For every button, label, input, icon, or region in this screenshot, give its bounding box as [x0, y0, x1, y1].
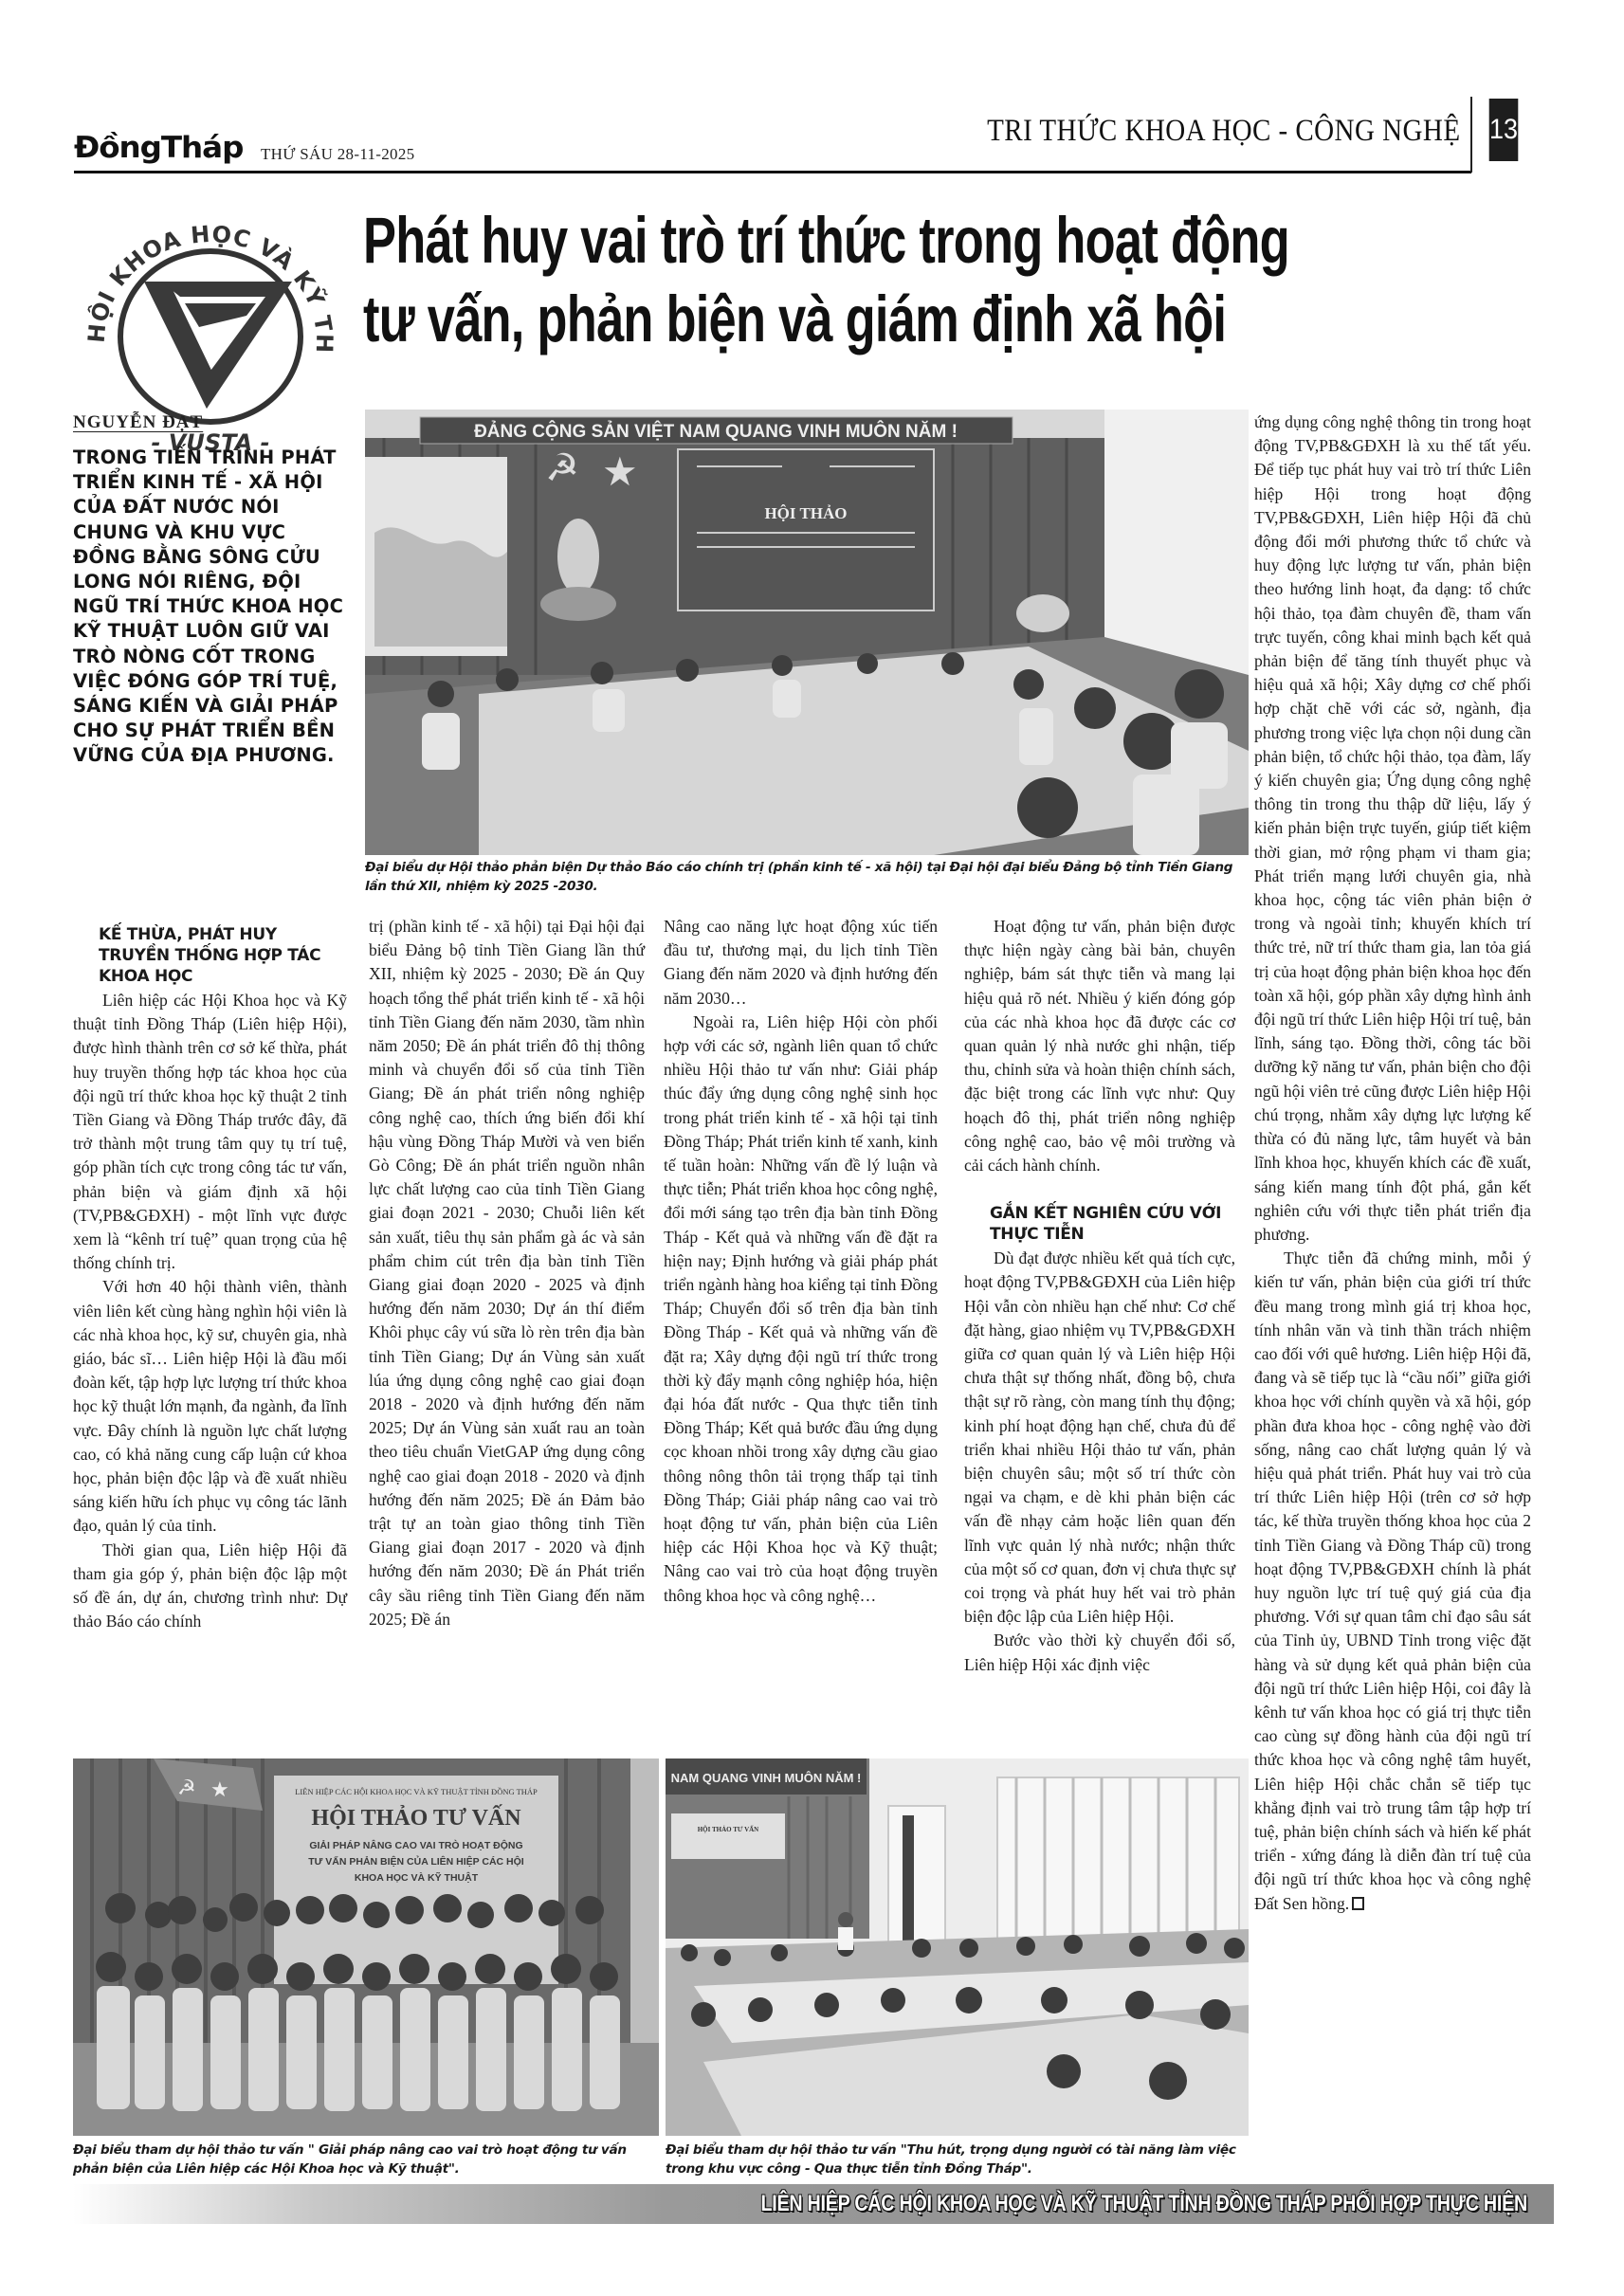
paragraph: Ngoài ra, Liên hiệp Hội còn phối hợp với… [664, 1011, 938, 1608]
article-title: Phát huy vai trò trí thức trong hoạt độn… [363, 201, 1264, 358]
article-lede: Trong tiến trình phát triển kinh tế - xã… [73, 446, 348, 769]
conference-hall-image: ĐẢNG CỘNG SẢN VIỆT NAM QUANG VINH MUÔN N… [365, 410, 1249, 855]
svg-text:★: ★ [602, 448, 638, 495]
svg-text:LIÊN HIỆP CÁC HỘI KHOA HỌC VÀ: LIÊN HIỆP CÁC HỘI KHOA HỌC VÀ KỸ THUẬT T… [295, 1787, 538, 1796]
seminar-photo-caption: Đại biểu tham dự hội thảo tư vấn "Thu hú… [666, 2141, 1249, 2178]
title-line-2: tư vấn, phản biện và giám định xã hội [363, 280, 1264, 358]
header-divider [1470, 97, 1472, 173]
svg-text:★: ★ [210, 1778, 229, 1802]
article-column-1: KẾ THỪA, PHÁT HUY TRUYỀN THỐNG HỢP TÁC K… [73, 924, 347, 1633]
issue-date: THỨ SÁU 28-11-2025 [261, 145, 414, 164]
main-photo-caption: Đại biểu dự Hội thảo phản biện Dự thảo B… [365, 858, 1251, 896]
paragraph: Dù đạt được nhiều kết quả tích cực, hoạt… [964, 1247, 1235, 1629]
article-column-5: ứng dụng công nghệ thông tin trong hoạt … [1254, 410, 1531, 1916]
article-column-2: trị (phần kinh tế - xã hội) tại Đại hội … [369, 915, 645, 1631]
svg-text:☭: ☭ [545, 446, 579, 490]
seminar-photo: NAM QUANG VINH MUÔN NĂM ! HỘI THẢO TƯ VẤ… [666, 1758, 1249, 2136]
svg-text:ĐẢNG CỘNG SẢN VIỆT NAM QUANG V: ĐẢNG CỘNG SẢN VIỆT NAM QUANG VINH MUÔN N… [474, 421, 958, 442]
paragraph: Thời gian qua, Liên hiệp Hội đã tham gia… [73, 1539, 347, 1634]
page-number: 13 [1489, 99, 1519, 161]
svg-text:☭: ☭ [177, 1777, 196, 1800]
svg-text:LIÊN HIỆP CÁC HỘI KHOA HỌC VÀ: LIÊN HIỆP CÁC HỘI KHOA HỌC VÀ KỸ THUẬT V… [66, 194, 338, 354]
paragraph: Thực tiễn đã chứng minh, mỗi ý kiến tư v… [1254, 1247, 1531, 1916]
svg-text:NAM QUANG VINH MUÔN NĂM !: NAM QUANG VINH MUÔN NĂM ! [671, 1771, 862, 1785]
paragraph: Bước vào thời kỳ chuyển đổi số, Liên hiệ… [964, 1629, 1235, 1676]
seminar-hall-image: NAM QUANG VINH MUÔN NĂM ! HỘI THẢO TƯ VẤ… [666, 1758, 1249, 2136]
svg-text:HỘI THẢO: HỘI THẢO [764, 504, 847, 522]
end-mark-icon [1352, 1897, 1364, 1910]
author-byline: NGUYỄN ĐẠT [73, 412, 203, 433]
paragraph: Với hơn 40 hội thành viên, thành viên li… [73, 1275, 347, 1538]
svg-text:HỘI THẢO TƯ VẤN: HỘI THẢO TƯ VẤN [311, 1805, 521, 1831]
title-line-1: Phát huy vai trò trí thức trong hoạt độn… [363, 201, 1264, 280]
paragraph: Nâng cao năng lực hoạt động xúc tiến đầu… [664, 915, 938, 1011]
group-photo-caption: Đại biểu tham dự hội thảo tư vấn " Giải … [73, 2141, 661, 2178]
header-rule [74, 171, 1471, 173]
group-photo: ☭ ★ LIÊN HIỆP CÁC HỘI KHOA HỌC VÀ KỸ THU… [73, 1758, 659, 2136]
subhead-1: KẾ THỪA, PHÁT HUY TRUYỀN THỐNG HỢP TÁC K… [73, 924, 347, 987]
paragraph: Hoạt động tư vấn, phản biện được thực hi… [964, 915, 1235, 1177]
paragraph: Liên hiệp các Hội Khoa học và Kỹ thuật t… [73, 989, 347, 1275]
paragraph: trị (phần kinh tế - xã hội) tại Đại hội … [369, 915, 645, 1631]
subhead-2: GẮN KẾT NGHIÊN CỨU VỚI THỰC TIỄN [964, 1203, 1235, 1245]
paragraph: ứng dụng công nghệ thông tin trong hoạt … [1254, 410, 1531, 1247]
footer-banner: LIÊN HIỆP CÁC HỘI KHOA HỌC VÀ KỸ THUẬT T… [73, 2184, 1554, 2224]
svg-text:GIẢI PHÁP NÂNG CAO VAI TRÒ HOẠ: GIẢI PHÁP NÂNG CAO VAI TRÒ HOẠT ĐỘNG [309, 1839, 522, 1851]
svg-text:KHOA HỌC VÀ KỸ THUẬT: KHOA HỌC VÀ KỸ THUẬT [355, 1871, 479, 1884]
masthead: ĐồngTháp THỨ SÁU 28-11-2025 TRI THỨC KHO… [74, 112, 1553, 174]
article-column-3: Nâng cao năng lực hoạt động xúc tiến đầu… [664, 915, 938, 1608]
section-title: TRI THỨC KHOA HỌC - CÔNG NGHỆ [987, 114, 1460, 149]
footer-credit: LIÊN HIỆP CÁC HỘI KHOA HỌC VÀ KỸ THUẬT T… [761, 2191, 1527, 2217]
article-column-4: Hoạt động tư vấn, phản biện được thực hi… [964, 915, 1235, 1677]
group-photo-image: ☭ ★ LIÊN HIỆP CÁC HỘI KHOA HỌC VÀ KỸ THU… [73, 1758, 659, 2136]
svg-text:TƯ VẤN PHẢN BIỆN CỦA LIÊN HIỆP: TƯ VẤN PHẢN BIỆN CỦA LIÊN HIỆP CÁC HỘI [308, 1855, 524, 1868]
svg-text:HỘI THẢO TƯ VẤN: HỘI THẢO TƯ VẤN [698, 1826, 759, 1833]
newspaper-logo: ĐồngTháp [74, 131, 243, 165]
main-photo: ĐẢNG CỘNG SẢN VIỆT NAM QUANG VINH MUÔN N… [365, 410, 1249, 855]
